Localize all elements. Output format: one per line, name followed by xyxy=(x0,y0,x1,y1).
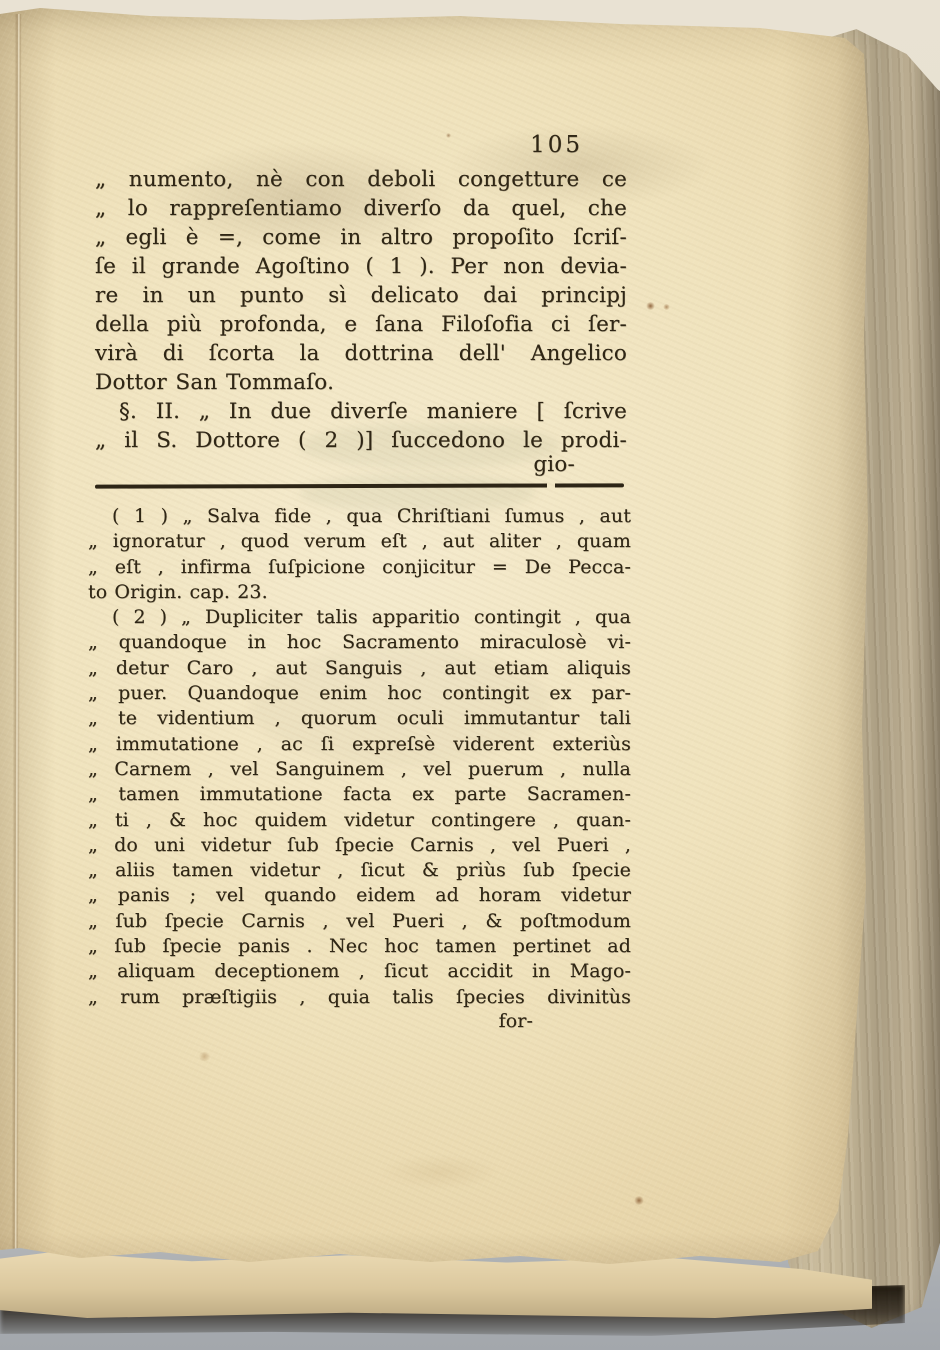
footnote-line: „ ignoratur , quod verum eſt , aut alite… xyxy=(88,529,631,554)
text-line: „ lo rappreſentiamo diverſo da quel, che xyxy=(95,194,627,223)
footnote-line: „ detur Caro , aut Sanguis , aut etiam a… xyxy=(88,656,631,681)
paragraph-1: „ numento, nè con deboli congetture ce„ … xyxy=(95,165,627,397)
foxing-stain xyxy=(663,304,670,310)
footnote-1: ( 1 ) „ Salva fide , qua Chriſtiani ſumu… xyxy=(88,504,631,605)
footnote-line: „ aliquam deceptionem , ſicut accidit in… xyxy=(88,959,631,984)
footnote-line: „ te videntium , quorum oculi immutantur… xyxy=(88,706,631,731)
text-line: della più profonda, e ſana Filoſofia ci … xyxy=(95,310,627,339)
footnote-catchword: for- xyxy=(88,1010,631,1032)
page-number: 105 xyxy=(95,132,627,158)
main-text: „ numento, nè con deboli congetture ce„ … xyxy=(95,165,627,475)
book-page: 105 „ numento, nè con deboli congetture … xyxy=(0,6,878,1288)
text-line: „ numento, nè con deboli congetture ce xyxy=(95,165,627,194)
scanned-book-photo: 105 „ numento, nè con deboli congetture … xyxy=(0,0,940,1350)
footnote-line: ( 1 ) „ Salva fide , qua Chriſtiani ſumu… xyxy=(88,504,631,529)
text-line: Dottor San Tommaſo. xyxy=(95,368,627,397)
footnote-line: „ puer. Quandoque enim hoc contingit ex … xyxy=(88,681,631,706)
foxing-stain xyxy=(634,1196,644,1205)
footnote-line: „ do uni videtur ſub ſpecie Carnis , vel… xyxy=(88,833,631,858)
footnote-line: „ quandoque in hoc Sacramento miraculosè… xyxy=(88,630,631,655)
footnote-line: „ ſub ſpecie Carnis , vel Pueri , & poſt… xyxy=(88,909,631,934)
footnote-line: „ eſt , infirma ſuſpicione conjicitur = … xyxy=(88,555,631,580)
footnote-2: ( 2 ) „ Dupliciter talis apparitio conti… xyxy=(88,605,631,1010)
footnote-line: „ tamen immutatione facta ex parte Sacra… xyxy=(88,782,631,807)
paragraph-2: §. II. „ In due diverſe maniere [ ſcrive… xyxy=(95,397,627,455)
foxing-stain xyxy=(646,302,655,310)
text-line: re in un punto sì delicato dai principj xyxy=(95,281,627,310)
footnote-separator xyxy=(95,483,624,488)
text-line: virà di ſcorta la dottrina dell' Angelic… xyxy=(95,339,627,368)
text-line: ſe il grande Agoſtino ( 1 ). Per non dev… xyxy=(95,252,627,281)
foxing-stain xyxy=(380,1154,500,1190)
footnote-line: to Origin. cap. 23. xyxy=(88,580,631,605)
footnote-line: „ Carnem , vel Sanguinem , vel puerum , … xyxy=(88,757,631,782)
text-line: §. II. „ In due diverſe maniere [ ſcrive xyxy=(95,397,627,426)
text-line: „ egli è =, come in altro propoſito ſcri… xyxy=(95,223,627,252)
foxing-stain xyxy=(198,1052,211,1061)
footnote-line: „ rum præſtigiis , quia talis ſpecies di… xyxy=(88,985,631,1010)
text-line: „ il S. Dottore ( 2 )] ſuccedono le prod… xyxy=(95,426,627,455)
footnote-line: „ ſub ſpecie panis . Nec hoc tamen perti… xyxy=(88,934,631,959)
binding-crease xyxy=(11,14,21,1250)
footnote-line: ( 2 ) „ Dupliciter talis apparitio conti… xyxy=(88,605,631,630)
catchword: gio- xyxy=(95,455,627,475)
footnote-line: „ immutatione , ac ſi expreſsè viderent … xyxy=(88,732,631,757)
footnote-line: „ panis ; vel quando eidem ad horam vide… xyxy=(88,883,631,908)
footnotes: ( 1 ) „ Salva fide , qua Chriſtiani ſumu… xyxy=(88,504,631,1032)
footnote-line: „ ti , & hoc quidem videtur contingere ,… xyxy=(88,808,631,833)
footnote-line: „ aliis tamen videtur , ſicut & priùs ſu… xyxy=(88,858,631,883)
